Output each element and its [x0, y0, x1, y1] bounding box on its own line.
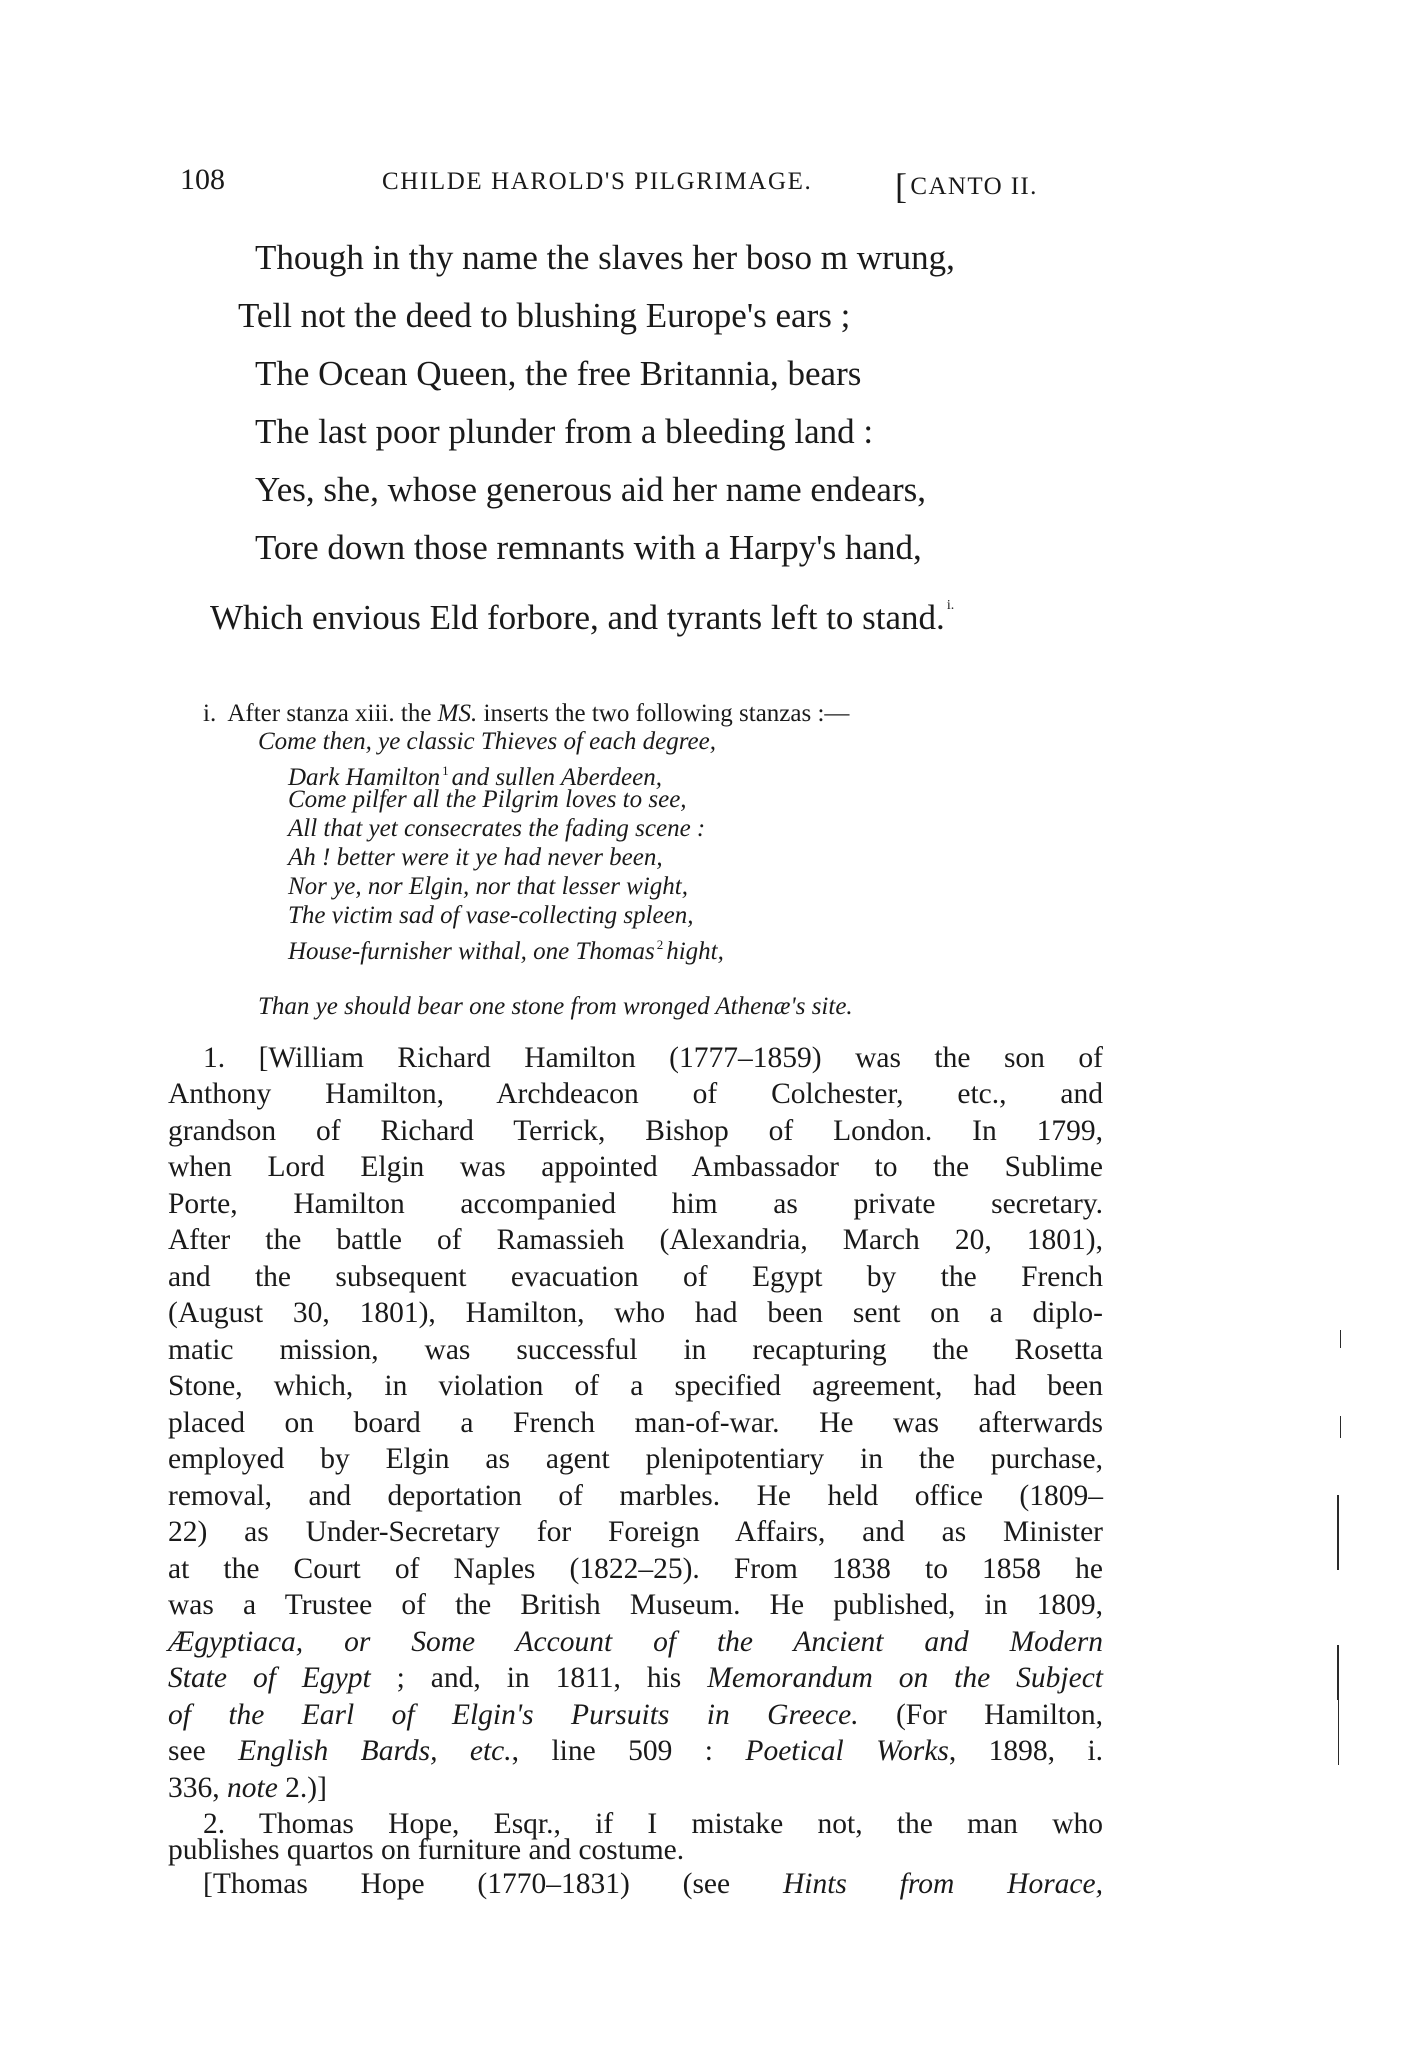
variant-line: Come then, ye classic Thieves of each de…: [258, 727, 716, 757]
variant-line: Nor ye, nor Elgin, nor that lesser wight…: [288, 872, 688, 902]
page-number: 108: [180, 163, 225, 197]
note-text: see: [168, 1735, 238, 1767]
note-line: 22) as Under-Secretary for Foreign Affai…: [168, 1514, 1103, 1550]
note-line: grandson of Richard Terrick, Bishop of L…: [168, 1113, 1103, 1149]
variant-line: All that yet consecrates the fading scen…: [288, 814, 705, 844]
note-text: [Thomas Hope (1770–1831) (see: [203, 1868, 783, 1900]
book-title: of the Earl of Elgin's Pursuits in Greec…: [168, 1699, 859, 1731]
variant-line: House-furnisher withal, one Thomas2hight…: [288, 930, 724, 967]
note-line: see English Bards, etc., line 509 : Poet…: [168, 1733, 1103, 1769]
note-line: at the Court of Naples (1822–25). From 1…: [168, 1551, 1103, 1587]
scan-mark: [1338, 1700, 1339, 1765]
book-page: 108 Childe Harold's Pilgrimage. [Canto I…: [0, 0, 1403, 2058]
variant-line: Come pilfer all the Pilgrim loves to see…: [288, 785, 687, 815]
note-ref: note: [227, 1772, 278, 1804]
note-line: was a Trustee of the British Museum. He …: [168, 1587, 1103, 1623]
poem-line-text: Which envious Eld forbore, and tyrants l…: [210, 598, 945, 637]
note-text: 2.)]: [278, 1772, 327, 1804]
poem-line: Tore down those remnants with a Harpy's …: [255, 528, 922, 568]
note-line: Ægyptiaca, or Some Account of the Ancien…: [168, 1624, 1103, 1660]
running-header: 108 Childe Harold's Pilgrimage. [Canto I…: [180, 163, 1110, 197]
note-line: and the subsequent evacuation of Egypt b…: [168, 1259, 1103, 1295]
poem-line: Yes, she, whose generous aid her name en…: [255, 470, 926, 510]
canto-text: Canto II.: [910, 173, 1037, 200]
note-line: placed on board a French man-of-war. He …: [168, 1405, 1103, 1441]
note-text: (For Hamilton,: [859, 1699, 1103, 1731]
variant-intro-text: After stanza xiii. the: [227, 700, 437, 727]
note-line: publishes quartos on furniture and costu…: [168, 1832, 1103, 1868]
variant-line-text: House-furnisher withal, one Thomas: [288, 938, 655, 965]
variant-ms: MS.: [438, 700, 478, 727]
note-line: After the battle of Ramassieh (Alexandri…: [168, 1222, 1103, 1258]
note-line: 1. [William Richard Hamilton (1777–1859)…: [203, 1040, 1103, 1076]
book-title: Poetical Works: [745, 1735, 948, 1767]
note-line: when Lord Elgin was appointed Ambassador…: [168, 1149, 1103, 1185]
scan-mark: [1337, 1495, 1339, 1570]
note-line: (August 30, 1801), Hamilton, who had bee…: [168, 1295, 1103, 1331]
note-text: , 1898, i.: [949, 1735, 1103, 1767]
note-line: Porte, Hamilton accompanied him as priva…: [168, 1186, 1103, 1222]
footnote-ref-1[interactable]: 1: [442, 763, 449, 778]
note-line: [Thomas Hope (1770–1831) (see Hints from…: [203, 1866, 1103, 1902]
poem-line: The Ocean Queen, the free Britannia, bea…: [255, 354, 861, 394]
note-line: removal, and deportation of marbles. He …: [168, 1478, 1103, 1514]
variant-label: i.: [203, 700, 216, 727]
note-line: matic mission, was successful in recaptu…: [168, 1332, 1103, 1368]
canto-bracket: [: [895, 166, 908, 206]
note-line: Anthony Hamilton, Archdeacon of Colchest…: [168, 1076, 1103, 1112]
book-title: State of Egypt: [168, 1662, 371, 1694]
book-title: Ægyptiaca, or Some Account of the Ancien…: [168, 1626, 1103, 1658]
variant-line: The victim sad of vase-collecting spleen…: [288, 901, 693, 931]
variant-marker: i.: [947, 598, 954, 613]
note-text: ; and, in 1811, his: [371, 1662, 708, 1694]
note-text: , line 509 :: [512, 1735, 746, 1767]
poem-line-last: Which envious Eld forbore, and tyrants l…: [210, 586, 954, 638]
variant-line-text: hight,: [666, 938, 724, 965]
poem-line: The last poor plunder from a bleeding la…: [255, 412, 873, 452]
note-line: Stone, which, in violation of a specifie…: [168, 1368, 1103, 1404]
book-title: Memorandum on the Subject: [707, 1662, 1103, 1694]
running-title: Childe Harold's Pilgrimage.: [382, 165, 812, 199]
note-line: 336, note 2.)]: [168, 1770, 1103, 1806]
variant-intro-text-end: inserts the two following stanzas :—: [477, 700, 849, 727]
variant-line: Than ye should bear one stone from wrong…: [258, 992, 853, 1022]
note-text: 336,: [168, 1772, 227, 1804]
footnote-ref-2[interactable]: 2: [657, 937, 664, 952]
variant-line: Ah ! better were it ye had never been,: [288, 843, 663, 873]
scan-mark: [1337, 1645, 1339, 1700]
poem-line: Though in thy name the slaves her boso m…: [255, 238, 955, 278]
book-title: English Bards, etc.: [238, 1735, 512, 1767]
scan-mark: [1340, 1330, 1341, 1348]
poem-line: Tell not the deed to blushing Europe's e…: [238, 296, 850, 336]
note-line: employed by Elgin as agent plenipotentia…: [168, 1441, 1103, 1477]
scan-mark: [1340, 1416, 1341, 1438]
note-line: State of Egypt ; and, in 1811, his Memor…: [168, 1660, 1103, 1696]
variant-note-intro: i. After stanza xiii. the MS. inserts th…: [203, 699, 849, 729]
canto-label: [Canto II.: [895, 165, 1038, 204]
book-title: Hints from Horace,: [783, 1868, 1103, 1900]
note-line: of the Earl of Elgin's Pursuits in Greec…: [168, 1697, 1103, 1733]
